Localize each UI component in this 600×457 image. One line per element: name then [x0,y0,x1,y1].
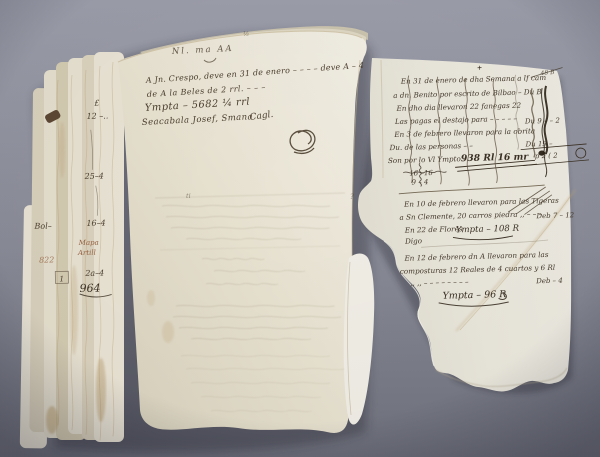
photo-of-manuscripts: Nl. ma AA A Jn. Crespo, deve en 31 de en… [0,0,600,457]
photo-scene: Nl. ma AA A Jn. Crespo, deve en 31 de en… [0,0,600,457]
vignette-overlay [0,0,600,457]
